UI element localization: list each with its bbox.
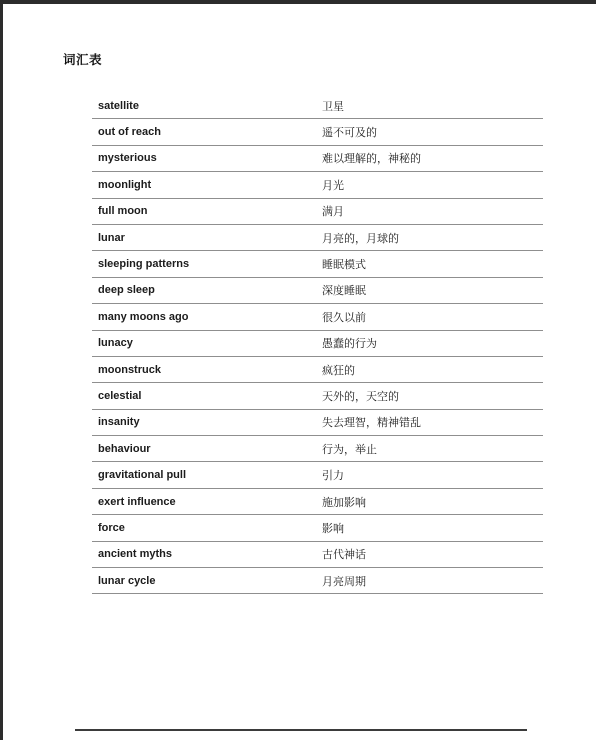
term-cell: moonlight [98, 172, 151, 197]
term-cell: exert influence [98, 489, 176, 514]
translation-cell: 天外的，天空的 [322, 383, 399, 408]
term-cell: full moon [98, 199, 148, 224]
term-cell: moonstruck [98, 357, 161, 382]
translation-cell: 满月 [322, 199, 344, 224]
term-cell: sleeping patterns [98, 251, 189, 276]
translation-cell: 施加影响 [322, 489, 366, 514]
bottom-divider [75, 729, 527, 731]
translation-cell: 月光 [322, 172, 344, 197]
table-row: lunar 月亮的，月球的 [92, 225, 543, 251]
vocabulary-table: satellite 卫星 out of reach 遥不可及的 mysterio… [92, 93, 543, 594]
term-cell: lunar [98, 225, 125, 250]
table-row: out of reach 遥不可及的 [92, 119, 543, 145]
translation-cell: 疯狂的 [322, 357, 355, 382]
translation-cell: 卫星 [322, 93, 344, 118]
translation-cell: 深度睡眠 [322, 278, 366, 303]
table-row: exert influence 施加影响 [92, 489, 543, 515]
translation-cell: 愚蠢的行为 [322, 331, 377, 356]
table-row: behaviour 行为，举止 [92, 436, 543, 462]
table-row: insanity 失去理智，精神错乱 [92, 410, 543, 436]
term-cell: deep sleep [98, 278, 155, 303]
term-cell: insanity [98, 410, 140, 435]
translation-cell: 很久以前 [322, 304, 366, 329]
term-cell: lunacy [98, 331, 133, 356]
table-row: deep sleep 深度睡眠 [92, 278, 543, 304]
term-cell: satellite [98, 93, 139, 118]
translation-cell: 引力 [322, 462, 344, 487]
table-row: gravitational pull 引力 [92, 462, 543, 488]
translation-cell: 难以理解的，神秘的 [322, 146, 421, 171]
translation-cell: 失去理智，精神错乱 [322, 410, 421, 435]
table-row: moonstruck 疯狂的 [92, 357, 543, 383]
table-row: sleeping patterns 睡眠模式 [92, 251, 543, 277]
table-row: full moon 满月 [92, 199, 543, 225]
term-cell: force [98, 515, 125, 540]
table-row: lunar cycle 月亮周期 [92, 568, 543, 594]
translation-cell: 月亮的，月球的 [322, 225, 399, 250]
term-cell: out of reach [98, 119, 161, 144]
term-cell: mysterious [98, 146, 157, 171]
translation-cell: 睡眠模式 [322, 251, 366, 276]
table-row: celestial 天外的，天空的 [92, 383, 543, 409]
term-cell: celestial [98, 383, 141, 408]
table-row: mysterious 难以理解的，神秘的 [92, 146, 543, 172]
table-row: moonlight 月光 [92, 172, 543, 198]
table-row: many moons ago 很久以前 [92, 304, 543, 330]
translation-cell: 影响 [322, 515, 344, 540]
translation-cell: 古代神话 [322, 542, 366, 567]
translation-cell: 月亮周期 [322, 568, 366, 593]
page-top-edge [0, 0, 596, 4]
term-cell: lunar cycle [98, 568, 155, 593]
table-row: satellite 卫星 [92, 93, 543, 119]
term-cell: ancient myths [98, 542, 172, 567]
term-cell: behaviour [98, 436, 151, 461]
page-title: 词汇表 [63, 50, 102, 68]
table-row: force 影响 [92, 515, 543, 541]
translation-cell: 遥不可及的 [322, 119, 377, 144]
translation-cell: 行为，举止 [322, 436, 377, 461]
document-page: 词汇表 satellite 卫星 out of reach 遥不可及的 myst… [0, 0, 596, 740]
term-cell: gravitational pull [98, 462, 186, 487]
page-left-edge [0, 0, 3, 740]
table-row: ancient myths 古代神话 [92, 542, 543, 568]
term-cell: many moons ago [98, 304, 188, 329]
table-row: lunacy 愚蠢的行为 [92, 331, 543, 357]
